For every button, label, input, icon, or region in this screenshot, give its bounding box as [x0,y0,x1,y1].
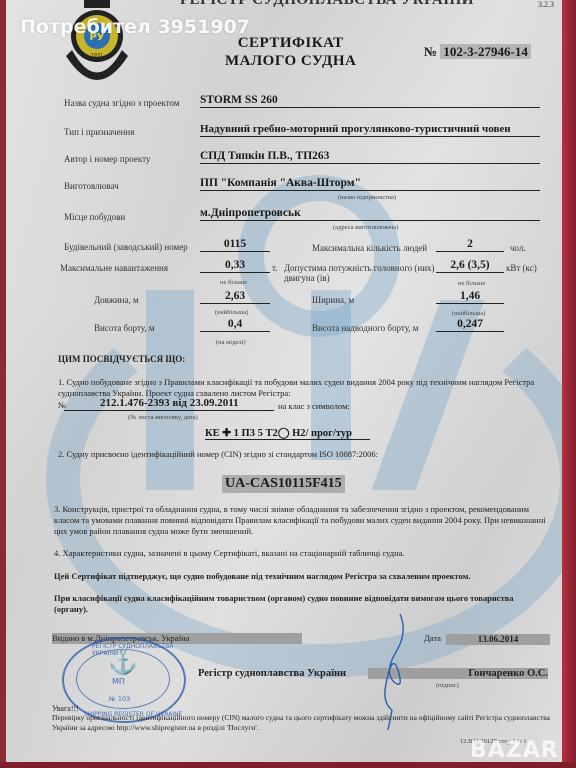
board-height-value: 0,4 [200,318,270,332]
site-watermark: BAZAR [470,738,559,763]
cin-value: UA-CAS10115F415 [222,475,345,493]
title-line-1: СЕРТИФІКАТ [225,34,356,52]
verification-note: Перевірку оригінальності ідентифікаційно… [52,713,552,733]
build-number-label: Будівельний (заводський) номер [64,242,188,252]
engine-power-unit: кВт (кс) [506,263,537,273]
form-number: 3.2.3 [538,0,554,9]
manufacturer-value: ПП "Компанія "Аква-Шторм" [200,177,540,191]
item-3-text: 3. Конструкція, пристрої та обладнання с… [54,504,554,537]
length-value: 2,63 [200,290,270,304]
type-label: Тип і призначення [64,127,134,137]
date-label: Дата [424,633,441,644]
approval-letter-value: 212.1.476-2393 від 23.09.2011 [64,397,274,411]
title-line-2: МАЛОГО СУДНА [225,52,356,70]
type-value: Надувний гребно-моторний прогулянково-ту… [200,123,540,137]
manufacturer-label: Виготовлювач [64,181,119,191]
class-symbol: КЕ ✚ 1 П3 5 Т2◯ Н2/ прог/тур [205,427,370,440]
max-load-unit: т. [272,263,278,273]
stamp-top-text: РЕГІСТР СУДНОПЛАВСТВА УКРАЇНИ [92,643,184,657]
registry-emblem-icon: РУ 1931 [62,0,132,82]
length-label: Довжина, м [94,295,139,305]
engine-power-hint: не більше [458,280,485,287]
width-label: Ширина, м [312,295,354,305]
confirmation-text: Цей Сертифікат підтверджує, що судно поб… [54,571,554,582]
engine-power-value: 2,6 (3,5) [436,259,504,273]
board-height-hint: (на міделі) [216,339,245,346]
cert-no-prefix: № [424,44,437,59]
max-load-label: Максимальне навантаження [60,263,168,273]
item-1-text: 1. Судно побудоване згідно з Правилами к… [58,377,548,399]
certifies-heading: ЦИМ ПОСВІДЧУЄТЬСЯ ЩО: [58,354,185,365]
width-hint: (найбільша) [452,310,485,317]
item-1-suffix: на клас з символом: [278,401,350,412]
background-edge [562,0,576,768]
author-label: Автор і номер проекту [64,154,150,164]
build-place-value: м.Дніпропетровськ [200,207,540,221]
build-place-label: Місце побудови [64,212,125,222]
anchor-icon: ⚓ [108,651,138,675]
build-place-hint: (адреса виготовлювача) [333,224,398,231]
page-title: СЕРТИФІКАТ МАЛОГО СУДНА [225,34,356,70]
cert-no-value: 102-3-27946-14 [440,44,531,59]
length-hint: (найбільша) [215,309,248,316]
max-people-unit: чол. [510,243,526,253]
background-edge-bottom [0,762,576,768]
registry-name: Регістр судноплавства України [198,668,346,679]
width-value: 1,46 [436,290,504,304]
max-load-value: 0,33 [200,259,270,273]
signature-hint: (підпис) [436,682,459,689]
engine-power-label-1: Допустима потужність головного (них) [284,263,435,273]
issuer-line: РЕГІСТР СУДНОПЛАВСТВА УКРАЇНИ [180,0,474,9]
board-height-label: Висота борту, м [94,323,155,333]
max-load-hint: не більше [220,279,247,286]
certificate-number: № 102-3-27946-14 [424,44,531,60]
max-people-value: 2 [436,238,504,252]
approval-letter-hint: (№ листа-висновку, дата) [128,414,198,421]
max-people-label: Максимальна кількість людей [312,243,427,253]
freeboard-label: Висота надводного борту, м [312,323,418,333]
author-value: СПД Тяпкін П.В., ТП263 [200,150,540,164]
vessel-name-label: Назва судна згідно з проектом [64,98,180,108]
issue-date: 13.06.2014 [446,634,550,645]
svg-text:1931: 1931 [91,53,104,59]
seller-watermark: Потребител 3951907 [20,16,250,38]
official-stamp: РЕГІСТР СУДНОПЛАВСТВА УКРАЇНИ ⚓ МП № 103… [62,637,186,723]
engine-power-label-2: двигуна (ів) [284,273,330,283]
class-society-text: При класифікації судна класифікаційним т… [54,593,544,615]
item-4-text: 4. Характеристики судна, зазначені в цьо… [54,548,405,559]
stamp-number: № 103 [109,695,130,703]
vessel-name-value: STORM SS 260 [200,94,540,108]
manufacturer-hint: (назва підприємства) [338,194,396,201]
stamp-mp: МП [112,677,125,686]
freeboard-value: 0,247 [436,318,504,332]
item-2-text: 2. Судну присвоєно ідентифікаційний номе… [58,449,378,460]
build-number-value: 0115 [200,238,270,252]
